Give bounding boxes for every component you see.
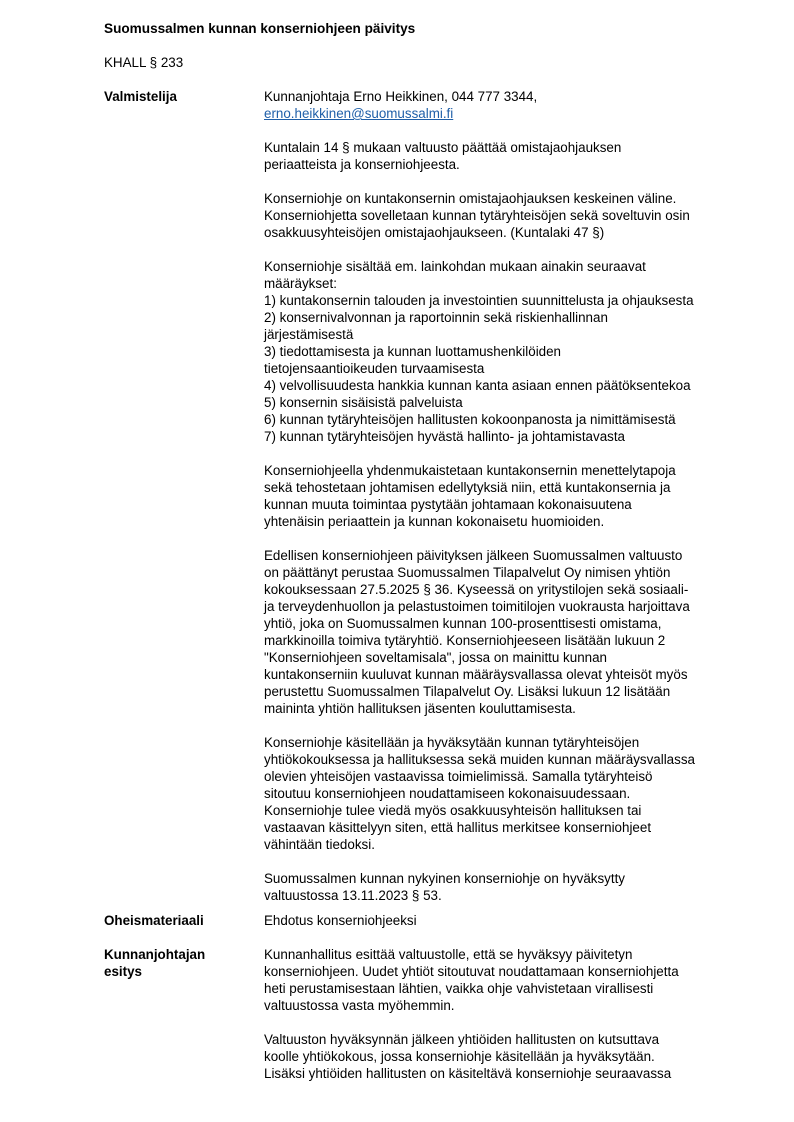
text-line: kunnan muuta toimintaa pystytään johtama…	[264, 496, 744, 513]
valmistelija-paragraph: Konserniohjeella yhdenmukaistetaan kunta…	[264, 462, 744, 530]
text-line: 4) velvollisuudesta hankkia kunnan kanta…	[264, 377, 744, 394]
text-line: perustettu Suomussalmen Tilapalvelut Oy.…	[264, 683, 744, 700]
text-line: kuntakonserniin kuuluvat kunnan määräysv…	[264, 666, 744, 683]
text-line: koolle yhtiökokous, jossa konserniohje k…	[264, 1048, 744, 1065]
esitys-paragraph: Kunnanhallitus esittää valtuustolle, ett…	[264, 946, 744, 1014]
text-line: 7) kunnan tytäryhteisöjen hyvästä hallin…	[264, 428, 744, 445]
text-line: vähintään tiedoksi.	[264, 836, 744, 853]
text-line: sitoutuu konserniohjeen noudattamiseen k…	[264, 785, 744, 802]
text-line: Konserniohjetta sovelletaan kunnan tytär…	[264, 207, 744, 224]
text-line: yhtiö, joka on Suomussalmen kunnan 100-p…	[264, 615, 744, 632]
text-line: heti perustamisestaan lähtien, vaikka oh…	[264, 980, 744, 997]
valmistelija-paragraphs: Kuntalain 14 § mukaan valtuusto päättää …	[264, 139, 744, 904]
valmistelija-paragraph: Konserniohje sisältää em. lainkohdan muk…	[264, 258, 744, 445]
text-line: konserniohjeen. Uudet yhtiöt sitoutuvat …	[264, 963, 744, 980]
text-line: on päättänyt perustaa Suomussalmen Tilap…	[264, 564, 744, 581]
text-line: Suomussalmen kunnan nykyinen konserniohj…	[264, 870, 744, 887]
text-line: 2) konsernivalvonnan ja raportoinnin sek…	[264, 309, 744, 326]
preparer-info: Kunnanjohtaja Erno Heikkinen, 044 777 33…	[264, 88, 744, 122]
text-line: Konserniohje on kuntakonsernin omistajao…	[264, 190, 744, 207]
section-reference: KHALL § 233	[104, 54, 183, 71]
text-line: Edellisen konserniohjeen päivityksen jäl…	[264, 547, 744, 564]
text-line: kokouksessaan 27.5.2025 § 36. Kyseessä o…	[264, 581, 744, 598]
text-line: Kunnanhallitus esittää valtuustolle, ett…	[264, 946, 744, 963]
text-line: vastaavan käsittelyyn siten, että hallit…	[264, 819, 744, 836]
valmistelija-label: Valmistelija	[104, 88, 254, 105]
text-line: Valtuuston hyväksynnän jälkeen yhtiöiden…	[264, 1031, 744, 1048]
text-line: osakkuusyhteisöjen omistajaohjaukseen. (…	[264, 224, 744, 241]
text-line: valtuustossa 13.11.2023 § 53.	[264, 887, 744, 904]
valmistelija-paragraph: Edellisen konserniohjeen päivityksen jäl…	[264, 547, 744, 717]
esitys-label: Kunnanjohtajan esitys	[104, 946, 254, 980]
text-line: "Konserniohjeen soveltamisala", jossa on…	[264, 649, 744, 666]
text-line: Konserniohje tulee viedä myös osakkuusyh…	[264, 802, 744, 819]
oheismateriaali-content: Ehdotus konserniohjeeksi	[264, 912, 744, 929]
text-line: Kuntalain 14 § mukaan valtuusto päättää …	[264, 139, 744, 156]
text-line: määräykset:	[264, 275, 744, 292]
text-line: olevien yhteisöjen vastaavissa toimielim…	[264, 768, 744, 785]
text-line: maininta yhtiön hallituksen jäsenten kou…	[264, 700, 744, 717]
text-line: 6) kunnan tytäryhteisöjen hallitusten ko…	[264, 411, 744, 428]
text-line: 1) kuntakonsernin talouden ja investoint…	[264, 292, 744, 309]
preparer-email-link[interactable]: erno.heikkinen@suomussalmi.fi	[264, 105, 744, 122]
preparer-name: Kunnanjohtaja Erno Heikkinen, 044 777 33…	[264, 88, 744, 105]
esitys-content: Kunnanhallitus esittää valtuustolle, ett…	[264, 946, 744, 1082]
oheismateriaali-label: Oheismateriaali	[104, 912, 254, 929]
text-line: Konserniohjeella yhdenmukaistetaan kunta…	[264, 462, 744, 479]
text-line: yhtenäisin periaattein ja kunnan kokonai…	[264, 513, 744, 530]
text-line: sekä tehostetaan johtamisen edellytyksiä…	[264, 479, 744, 496]
text-line: tietojensaantioikeuden turvaamisesta	[264, 360, 744, 377]
document-title: Suomussalmen kunnan konserniohjeen päivi…	[104, 20, 415, 37]
valmistelija-paragraph: Suomussalmen kunnan nykyinen konserniohj…	[264, 870, 744, 904]
text-line: 5) konsernin sisäisistä palveluista	[264, 394, 744, 411]
text-line: 3) tiedottamisesta ja kunnan luottamushe…	[264, 343, 744, 360]
text-line: ja terveydenhuollon ja pelastustoimen to…	[264, 598, 744, 615]
esitys-paragraph: Valtuuston hyväksynnän jälkeen yhtiöiden…	[264, 1031, 744, 1082]
attachment-text: Ehdotus konserniohjeeksi	[264, 912, 744, 929]
valmistelija-paragraph: Konserniohje käsitellään ja hyväksytään …	[264, 734, 744, 853]
valmistelija-paragraph: Konserniohje on kuntakonsernin omistajao…	[264, 190, 744, 241]
text-line: Lisäksi yhtiöiden hallitusten on käsitel…	[264, 1065, 744, 1082]
text-line: periaatteista ja konserniohjeesta.	[264, 156, 744, 173]
text-line: Konserniohje käsitellään ja hyväksytään …	[264, 734, 744, 751]
valmistelija-paragraph: Kuntalain 14 § mukaan valtuusto päättää …	[264, 139, 744, 173]
text-line: valtuustossa vasta myöhemmin.	[264, 997, 744, 1014]
text-line: Konserniohje sisältää em. lainkohdan muk…	[264, 258, 744, 275]
valmistelija-content: Kunnanjohtaja Erno Heikkinen, 044 777 33…	[264, 88, 744, 904]
text-line: järjestämisestä	[264, 326, 744, 343]
text-line: markkinoilla toimiva tytäryhtiö. Konsern…	[264, 632, 744, 649]
text-line: yhtiökokouksessa ja hallituksessa sekä m…	[264, 751, 744, 768]
